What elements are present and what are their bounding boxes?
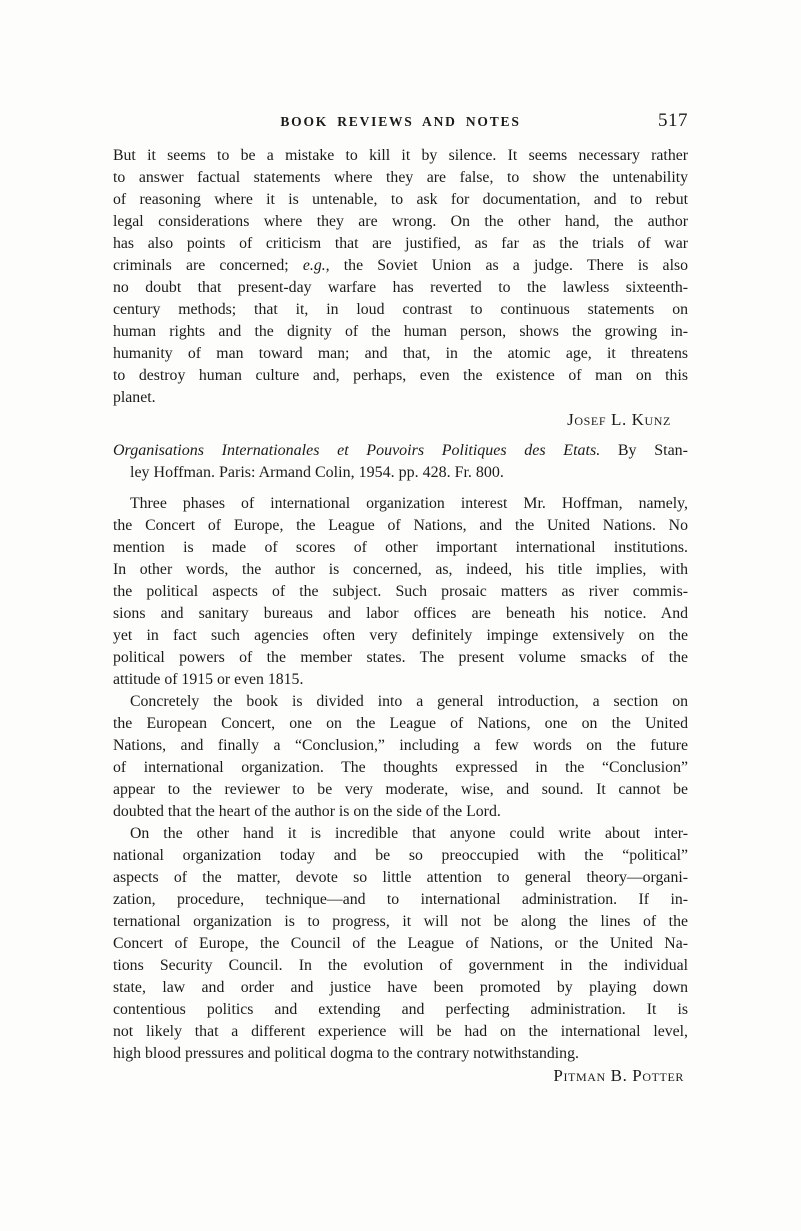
text-line: But it seems to be a mistake to kill it …: [113, 145, 688, 167]
text-segment: aspects of the matter, devote so little …: [113, 869, 688, 886]
text-line: not likely that a different experience w…: [113, 1021, 688, 1043]
text-segment: century methods; that it, in loud contra…: [113, 301, 688, 318]
page-number: 517: [658, 110, 688, 132]
text-line: sions and sanitary bureaus and labor off…: [113, 603, 688, 625]
text-line: to destroy human culture and, perhaps, e…: [113, 365, 688, 387]
text-segment: mention is made of scores of other impor…: [113, 539, 688, 556]
text-segment: the Concert of Europe, the League of Nat…: [113, 517, 688, 534]
running-head: BOOK REVIEWS AND NOTES 517: [113, 110, 688, 134]
text-line: the political aspects of the subject. Su…: [113, 581, 688, 603]
text-segment: Concert of Europe, the Council of the Le…: [113, 935, 688, 952]
text-segment: high blood pressures and political dogma…: [113, 1045, 579, 1062]
text-line: high blood pressures and political dogma…: [113, 1043, 688, 1065]
text-line: national organization today and be so pr…: [113, 845, 688, 867]
text-line: humanity of man toward man; and that, in…: [113, 343, 688, 365]
text-line: criminals are concerned; e.g., the Sovie…: [113, 255, 688, 277]
text-line: In other words, the author is concerned,…: [113, 559, 688, 581]
reviewer-signature-kunz: Josef L. Kunz: [113, 409, 688, 431]
text-segment: Three phases of international organizati…: [130, 495, 688, 512]
text-segment: contentious politics and extending and p…: [113, 1001, 688, 1018]
text-segment: Nations, and finally a “Conclusion,” inc…: [113, 737, 688, 754]
text-segment: planet.: [113, 389, 156, 406]
potter-review-paragraph-3: On the other hand it is incredible that …: [113, 823, 688, 1065]
text-line: legal considerations where they are wron…: [113, 211, 688, 233]
text-segment: legal considerations where they are wron…: [113, 213, 688, 230]
text-line: yet in fact such agencies often very def…: [113, 625, 688, 647]
italic-text: Organisations Internationales et Pouvoir…: [113, 442, 600, 459]
text-line: state, law and order and justice have be…: [113, 977, 688, 999]
text-segment: zation, procedure, technique—and to inte…: [113, 891, 688, 908]
text-segment: state, law and order and justice have be…: [113, 979, 688, 996]
text-segment: the political aspects of the subject. Su…: [113, 583, 688, 600]
text-line: human rights and the dignity of the huma…: [113, 321, 688, 343]
text-segment: political powers of the member states. T…: [113, 649, 688, 666]
text-segment: criminals are concerned;: [113, 257, 303, 274]
text-segment: appear to the reviewer to be very modera…: [113, 781, 688, 798]
text-line: century methods; that it, in loud contra…: [113, 299, 688, 321]
text-line: Concert of Europe, the Council of the Le…: [113, 933, 688, 955]
text-line: the Concert of Europe, the League of Nat…: [113, 515, 688, 537]
potter-review-paragraph-1: Three phases of international organizati…: [113, 493, 688, 691]
text-segment: sions and sanitary bureaus and labor off…: [113, 605, 688, 622]
text-line: appear to the reviewer to be very modera…: [113, 779, 688, 801]
text-segment: national organization today and be so pr…: [113, 847, 688, 864]
text-segment: On the other hand it is incredible that …: [130, 825, 688, 842]
text-segment: attitude of 1915 or even 1815.: [113, 671, 303, 688]
italic-text: e.g.,: [303, 257, 330, 274]
book-citation: Organisations Internationales et Pouvoir…: [113, 440, 688, 484]
text-line: Three phases of international organizati…: [113, 493, 688, 515]
text-line: has also points of criticism that are ju…: [113, 233, 688, 255]
kunz-review-paragraph: But it seems to be a mistake to kill it …: [113, 145, 688, 409]
text-segment: Concretely the book is divided into a ge…: [130, 693, 688, 710]
text-line: doubted that the heart of the author is …: [113, 801, 688, 823]
text-line: ley Hoffman. Paris: Armand Colin, 1954. …: [113, 462, 688, 484]
text-line: ternational organization is to progress,…: [113, 911, 688, 933]
text-segment: no doubt that present-day warfare has re…: [113, 279, 688, 296]
text-line: political powers of the member states. T…: [113, 647, 688, 669]
book-page: BOOK REVIEWS AND NOTES 517 But it seems …: [113, 110, 688, 1087]
text-line: On the other hand it is incredible that …: [113, 823, 688, 845]
text-line: no doubt that present-day warfare has re…: [113, 277, 688, 299]
potter-review-paragraph-2: Concretely the book is divided into a ge…: [113, 691, 688, 823]
text-line: contentious politics and extending and p…: [113, 999, 688, 1021]
text-line: tions Security Council. In the evolution…: [113, 955, 688, 977]
text-segment: of international organization. The thoug…: [113, 759, 688, 776]
text-segment: In other words, the author is concerned,…: [113, 561, 688, 578]
text-line: attitude of 1915 or even 1815.: [113, 669, 688, 691]
text-line: to answer factual statements where they …: [113, 167, 688, 189]
text-segment: tions Security Council. In the evolution…: [113, 957, 688, 974]
text-segment: doubted that the heart of the author is …: [113, 803, 501, 820]
text-line: Nations, and finally a “Conclusion,” inc…: [113, 735, 688, 757]
text-segment: humanity of man toward man; and that, in…: [113, 345, 688, 362]
text-segment: ternational organization is to progress,…: [113, 913, 688, 930]
text-line: Concretely the book is divided into a ge…: [113, 691, 688, 713]
text-segment: to answer factual statements where they …: [113, 169, 688, 186]
running-head-title: BOOK REVIEWS AND NOTES: [113, 110, 688, 130]
text-line: aspects of the matter, devote so little …: [113, 867, 688, 889]
text-line: of reasoning where it is untenable, to a…: [113, 189, 688, 211]
text-line: zation, procedure, technique—and to inte…: [113, 889, 688, 911]
text-line: of international organization. The thoug…: [113, 757, 688, 779]
text-segment: not likely that a different experience w…: [113, 1023, 688, 1040]
text-segment: has also points of criticism that are ju…: [113, 235, 688, 252]
text-segment: But it seems to be a mistake to kill it …: [113, 147, 688, 164]
text-line: mention is made of scores of other impor…: [113, 537, 688, 559]
text-segment: to destroy human culture and, perhaps, e…: [113, 367, 688, 384]
text-segment: of reasoning where it is untenable, to a…: [113, 191, 688, 208]
text-segment: By Stan-: [600, 442, 688, 459]
text-line: the European Concert, one on the League …: [113, 713, 688, 735]
text-segment: ley Hoffman. Paris: Armand Colin, 1954. …: [130, 464, 504, 481]
text-segment: the European Concert, one on the League …: [113, 715, 688, 732]
text-line: planet.: [113, 387, 688, 409]
text-line: Organisations Internationales et Pouvoir…: [113, 440, 688, 462]
text-segment: yet in fact such agencies often very def…: [113, 627, 688, 644]
reviewer-signature-potter: Pitman B. Potter: [113, 1065, 688, 1087]
text-segment: the Soviet Union as a judge. There is al…: [330, 257, 688, 274]
text-segment: human rights and the dignity of the huma…: [113, 323, 688, 340]
